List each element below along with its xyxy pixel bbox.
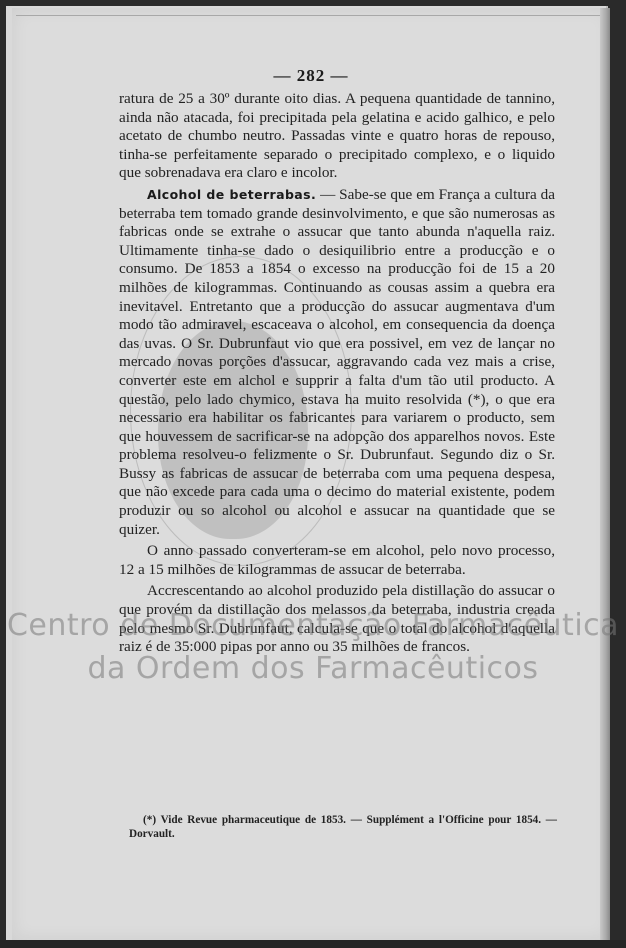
- paragraph-2-text: — Sabe-se que em França a cultura da bet…: [119, 186, 555, 538]
- watermark-line-1: Centro de Documentação Farmacêutica: [0, 608, 626, 643]
- page-number: — 282 —: [12, 66, 610, 86]
- top-rule: [16, 15, 604, 16]
- book-page: — 282 — ratura de 25 a 30º durante oito …: [12, 8, 610, 940]
- paragraph-2: Alcohol de beterrabas. — Sabe-se que em …: [119, 186, 555, 539]
- body-text: ratura de 25 a 30º durante oito dias. A …: [119, 90, 555, 657]
- paragraph-1: ratura de 25 a 30º durante oito dias. A …: [119, 90, 555, 183]
- footnote: (*) Vide Revue pharmaceutique de 1853. —…: [129, 814, 557, 841]
- scan-bottom-border: [0, 940, 626, 948]
- section-heading: Alcohol de beterrabas.: [147, 187, 316, 202]
- paragraph-3: O anno passado converteram-se em alcohol…: [119, 542, 555, 579]
- page-fore-edge: [600, 8, 610, 940]
- watermark-line-2: da Ordem dos Farmacêuticos: [0, 651, 626, 686]
